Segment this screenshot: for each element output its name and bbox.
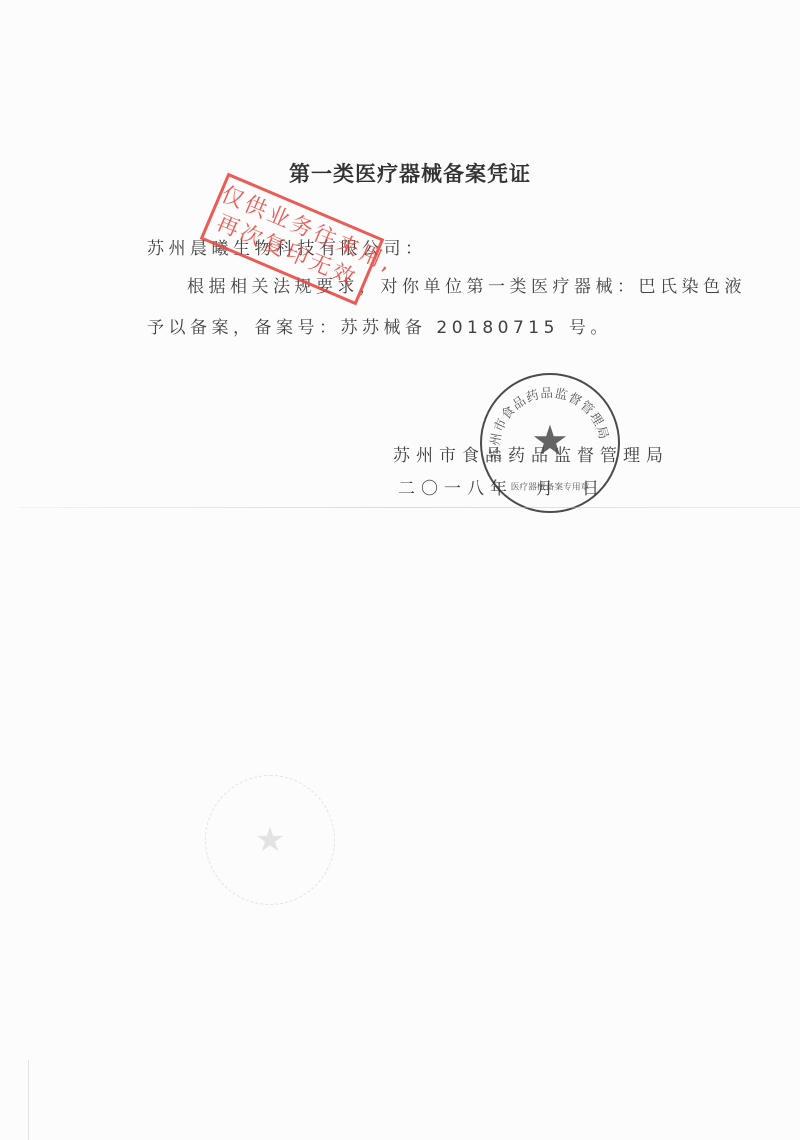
official-seal: 苏州市食品药品监督管理局 医疗器械备案专用章 ★ <box>480 373 620 513</box>
document-page: 第一类医疗器械备案凭证 苏州晨曦生物科技有限公司： 根据相关法规要求，对你单位第… <box>0 0 800 1140</box>
body-paragraph-line-1: 根据相关法规要求，对你单位第一类医疗器械：巴氏染色液 <box>187 272 746 297</box>
scan-artifact-line <box>20 507 800 508</box>
faint-seal-bleedthrough: ★ <box>205 775 335 905</box>
scan-edge-mark <box>28 1060 29 1140</box>
svg-text:医疗器械备案专用章: 医疗器械备案专用章 <box>511 481 590 493</box>
body-paragraph-line-2: 予以备案，备案号：苏苏械备 20180715 号。 <box>147 313 612 338</box>
star-icon: ★ <box>531 420 569 462</box>
faint-star-icon: ★ <box>255 820 285 860</box>
document-title: 第一类医疗器械备案凭证 <box>0 158 800 188</box>
